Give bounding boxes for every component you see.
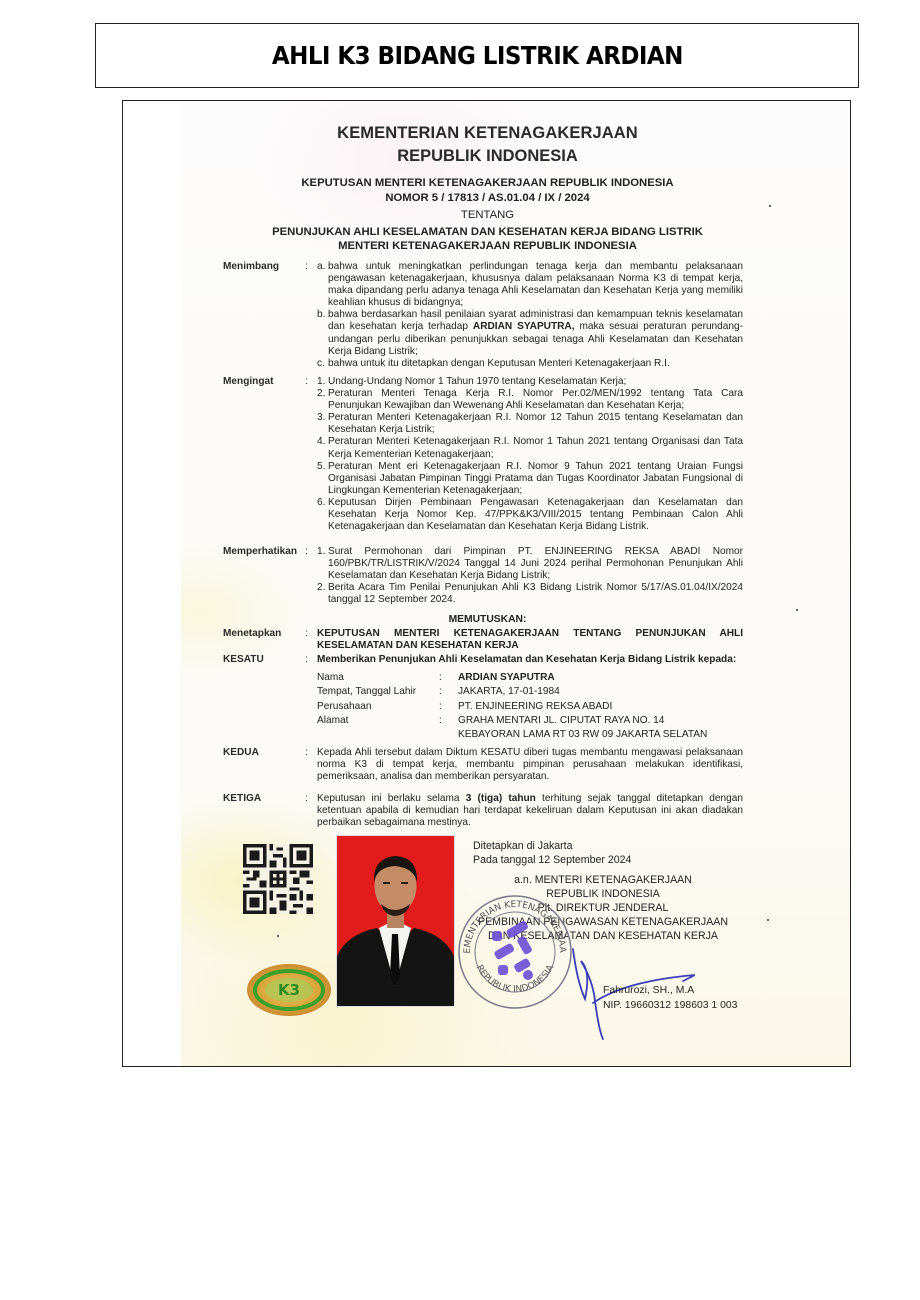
svg-text:K3: K3 <box>278 981 300 999</box>
section-label: Menimbang <box>223 261 279 273</box>
decree-about: TENTANG <box>123 209 851 221</box>
qr-code-icon <box>243 841 313 917</box>
section-label: KETIGA <box>223 793 261 805</box>
page-title-box: AHLI K3 BIDANG LISTRIK ARDIAN <box>95 23 859 88</box>
section-label: Menetapkan <box>223 628 281 640</box>
list-item: b.bahwa berdasarkan hasil penilaian syar… <box>317 309 743 357</box>
list-item: c.bahwa untuk itu ditetapkan dengan Kepu… <box>317 358 743 370</box>
list-item: 1.Undang-Undang Nomor 1 Tahun 1970 tenta… <box>317 376 743 388</box>
appointee-photo <box>336 835 455 1007</box>
section-label: Mengingat <box>223 376 273 388</box>
section-body: Memberikan Penunjukan Ahli Keselamatan d… <box>317 654 743 666</box>
speck <box>767 919 769 921</box>
signatory-nip: NIP. 19660312 198603 1 003 <box>603 998 737 1013</box>
list-item: 5.Peraturan Ment eri Ketenagakerjaan R.I… <box>317 461 743 497</box>
list-item: a.bahwa untuk meningkatkan perlindungan … <box>317 261 743 309</box>
ministry-name: KEMENTERIAN KETENAGAKERJAAN <box>123 124 851 143</box>
decision-heading: MEMUTUSKAN: <box>123 614 851 625</box>
signatory: Fahrurozi, SH., M.A NIP. 19660312 198603… <box>603 983 737 1013</box>
portrait-icon <box>337 836 454 1006</box>
decree-date: Pada tanggal 12 September 2024 <box>473 853 631 867</box>
ministry-country: REPUBLIK INDONESIA <box>123 147 851 166</box>
k3-hologram-icon: K3 <box>246 963 332 1017</box>
section-body: Kepada Ahli tersebut dalam Diktum KESATU… <box>317 747 743 783</box>
list-item: 3.Peraturan Menteri Ketenagakerjaan R.I.… <box>317 412 743 436</box>
decree-issuer: MENTERI KETENAGAKERJAAN REPUBLIK INDONES… <box>123 240 851 252</box>
decree-place: Ditetapkan di Jakarta <box>473 839 631 853</box>
list-item: 2.Peraturan Menteri Tenaga Kerja R.I. No… <box>317 388 743 412</box>
section-label: Memperhatikan <box>223 546 297 558</box>
speck <box>796 609 798 611</box>
section-body: KEPUTUSAN MENTERI KETENAGAKERJAAN TENTAN… <box>317 628 743 652</box>
page-title: AHLI K3 BIDANG LISTRIK ARDIAN <box>271 41 682 70</box>
list-item: 2.Berita Acara Tim Penilai Penunjukan Ah… <box>317 582 743 606</box>
section-body: Keputusan ini berlaku selama 3 (tiga) ta… <box>317 793 743 829</box>
list-item: 6.Keputusan Dirjen Pembinaan Pengawasan … <box>317 497 743 533</box>
section-label: KEDUA <box>223 747 259 759</box>
section-body: 1.Undang-Undang Nomor 1 Tahun 1970 tenta… <box>317 376 743 533</box>
decree-number: NOMOR 5 / 17813 / AS.01.04 / IX / 2024 <box>123 192 851 204</box>
certificate-image-frame: KEMENTERIAN KETENAGAKERJAAN REPUBLIK IND… <box>122 100 851 1067</box>
section-body: 1.Surat Permohonan dari Pimpinan PT. ENJ… <box>317 546 743 606</box>
speck <box>769 205 771 207</box>
signatory-name: Fahrurozi, SH., M.A <box>603 983 737 998</box>
decree-place-date: Ditetapkan di Jakarta Pada tanggal 12 Se… <box>473 839 631 867</box>
decree-document: KEMENTERIAN KETENAGAKERJAAN REPUBLIK IND… <box>123 101 850 1066</box>
speck <box>277 935 279 937</box>
section-label: KESATU <box>223 654 264 666</box>
decree-subject: PENUNJUKAN AHLI KESELAMATAN DAN KESEHATA… <box>123 226 851 238</box>
decree-title: KEPUTUSAN MENTERI KETENAGAKERJAAN REPUBL… <box>123 177 851 189</box>
validity-period: 3 (tiga) tahun <box>466 793 536 804</box>
appointee-name-inline: ARDIAN SYAPUTRA, <box>473 321 575 332</box>
list-item: 1.Surat Permohonan dari Pimpinan PT. ENJ… <box>317 546 743 582</box>
section-body: a.bahwa untuk meningkatkan perlindungan … <box>317 261 743 370</box>
list-item: 4.Peraturan Menteri Ketenagakerjaan R.I.… <box>317 436 743 460</box>
